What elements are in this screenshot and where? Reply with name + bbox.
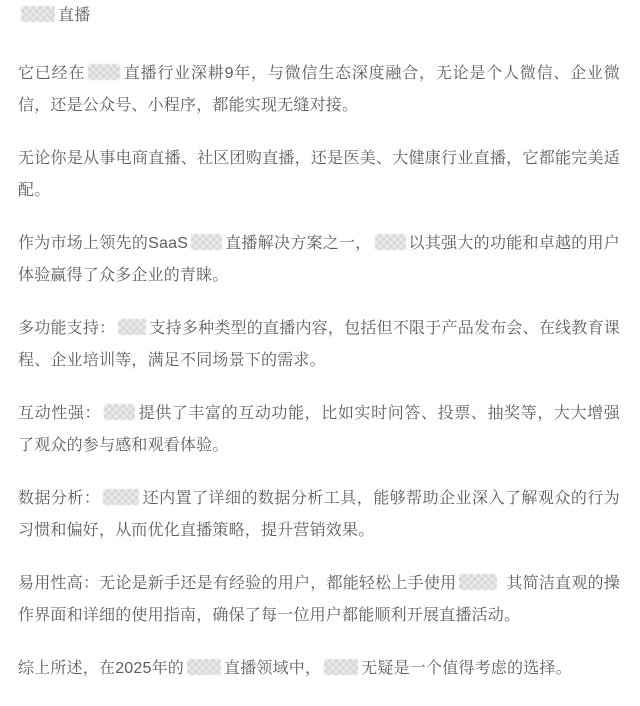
redacted-brand-name	[104, 404, 135, 420]
redacted-brand-name	[191, 234, 222, 250]
redacted-brand-name	[375, 234, 406, 250]
paragraph-text: 易用性高：无论是新手还是有经验的用户，都能轻松上手使用	[18, 575, 456, 592]
paragraph-feature-usability: 易用性高：无论是新手还是有经验的用户，都能轻松上手使用其简洁直观的操作界面和详细…	[18, 568, 620, 632]
redacted-brand-name	[88, 64, 120, 80]
paragraph-text: 多功能支持：	[18, 320, 115, 337]
paragraph-text: 作为市场上领先的SaaS	[18, 235, 188, 252]
paragraph-text: 综上所述，在2025年的	[18, 660, 184, 677]
paragraph-text: 直播领域中，	[224, 660, 321, 677]
redacted-brand-name	[324, 659, 358, 675]
paragraph-text: 无疑是一个值得考虑的选择。	[361, 660, 572, 677]
article-body: 直播 它已经在直播行业深耕9年，与微信生态深度融合，无论是个人微信、企业微信，还…	[0, 0, 640, 706]
redacted-brand-name	[187, 659, 221, 675]
paragraph-text: 数据分析：	[18, 490, 100, 507]
paragraph-feature-analytics: 数据分析：还内置了详细的数据分析工具，能够帮助企业深入了解观众的行为习惯和偏好，…	[18, 483, 620, 547]
paragraph-text: 互动性强：	[18, 405, 101, 422]
title-text: 直播	[58, 7, 90, 24]
paragraph-feature-multifunction: 多功能支持：支持多种类型的直播内容，包括但不限于产品发布会、在线教育课程、企业培…	[18, 313, 620, 377]
paragraph-conclusion: 综上所述，在2025年的直播领域中，无疑是一个值得考虑的选择。	[18, 653, 620, 685]
redacted-brand-name	[21, 6, 55, 22]
paragraph-market-position: 作为市场上领先的SaaS直播解决方案之一，以其强大的功能和卓越的用户体验赢得了众…	[18, 228, 620, 292]
paragraph-text: 无论你是从事电商直播、社区团购直播，还是医美、大健康行业直播，它都能完美适配。	[18, 150, 620, 199]
redacted-brand-name	[459, 574, 497, 590]
paragraph-intro: 它已经在直播行业深耕9年，与微信生态深度融合，无论是个人微信、企业微信，还是公众…	[18, 58, 620, 122]
paragraph-feature-interactivity: 互动性强：提供了丰富的互动功能，比如实时问答、投票、抽奖等，大大增强了观众的参与…	[18, 398, 620, 462]
redacted-brand-name	[118, 319, 146, 335]
paragraph-text: 它已经在	[18, 65, 85, 82]
article-title: 直播	[18, 0, 620, 32]
redacted-brand-name	[103, 489, 139, 505]
paragraph-use-cases: 无论你是从事电商直播、社区团购直播，还是医美、大健康行业直播，它都能完美适配。	[18, 143, 620, 207]
paragraph-text: 直播解决方案之一，	[225, 235, 371, 252]
